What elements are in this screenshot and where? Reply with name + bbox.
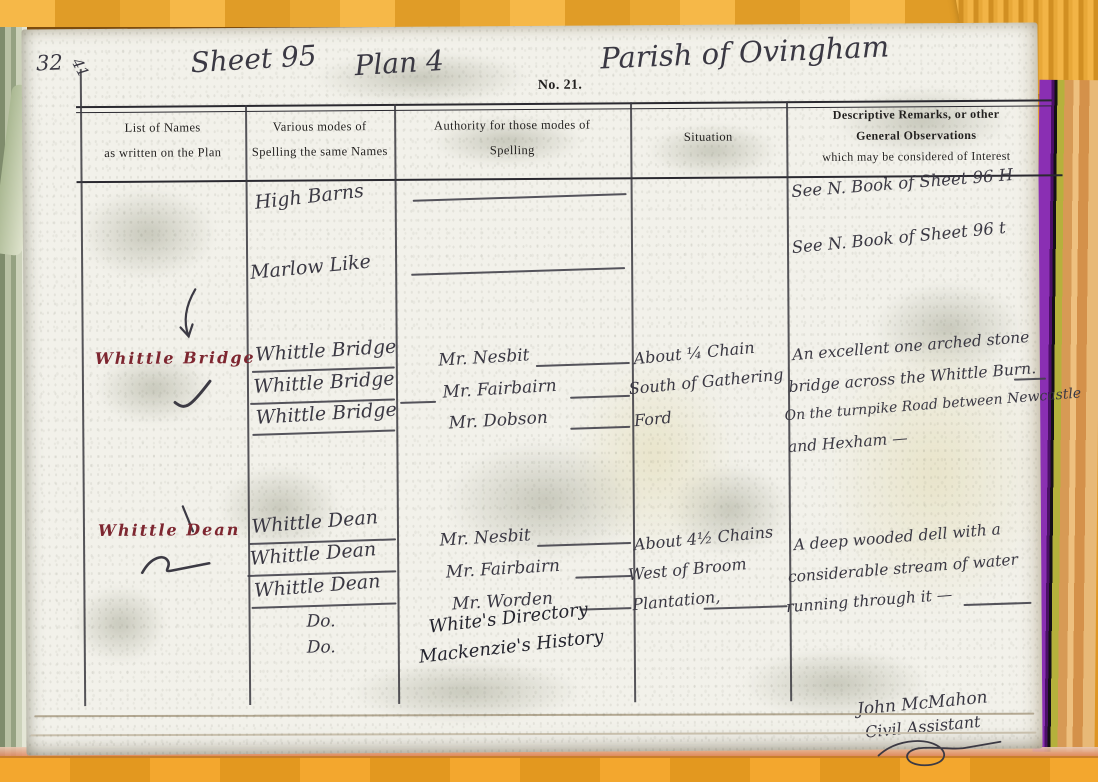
situation-entry: Plantation, bbox=[631, 587, 721, 614]
down-arrow-mark bbox=[171, 286, 205, 340]
spelling-entry: Whittle Bridge bbox=[255, 336, 397, 366]
ditto-entry: Do. bbox=[307, 611, 336, 631]
page-number: 32 bbox=[36, 50, 64, 75]
header-authority-line1: Authority for those modes of bbox=[394, 117, 630, 134]
fox-stain bbox=[55, 568, 186, 679]
blank-authority-stroke bbox=[413, 193, 627, 201]
ditto-stroke bbox=[400, 401, 436, 404]
header-names-line2: as written on the Plan bbox=[80, 145, 245, 161]
plan-name-whittle-dean: Whittle Dean bbox=[98, 520, 240, 540]
header-spelling-line2: Spelling the same Names bbox=[245, 144, 394, 160]
plan-name-whittle-bridge: Whittle Bridge bbox=[95, 348, 256, 368]
photographed-record-book: 32 41 Sheet 95 Plan 4 No. 21. Parish of … bbox=[0, 0, 1098, 782]
underline-stroke bbox=[252, 429, 395, 435]
squiggle-mark bbox=[137, 548, 215, 583]
header-situation: Situation bbox=[630, 129, 786, 145]
header-remarks-line1: Descriptive Remarks, or other bbox=[786, 106, 1046, 123]
authority-entry: Mr. Nesbit bbox=[438, 345, 530, 370]
header-remarks-line3: which may be considered of Interest bbox=[786, 148, 1046, 165]
spelling-entry: Marlow Like bbox=[249, 251, 372, 284]
header-names-line1: List of Names bbox=[80, 120, 245, 136]
header-spelling-line1: Various modes of bbox=[245, 119, 394, 135]
remark-entry: See N. Book of Sheet 96 t bbox=[791, 218, 1007, 257]
table-vline bbox=[245, 105, 251, 705]
authority-entry: Mr. Fairbairn bbox=[442, 376, 557, 403]
fox-stain bbox=[402, 105, 612, 176]
blank-authority-stroke bbox=[411, 267, 625, 275]
underline-stroke bbox=[252, 602, 397, 608]
parish-title: Parish of Ovingham bbox=[600, 29, 890, 75]
spelling-entry: Whittle Bridge bbox=[253, 368, 395, 398]
name-book-page: 32 41 Sheet 95 Plan 4 No. 21. Parish of … bbox=[21, 22, 1042, 755]
remark-entry: See N. Book of Sheet 96 H bbox=[791, 165, 1014, 201]
entry-number-label: No. 21. bbox=[538, 78, 583, 94]
tick-mark bbox=[172, 378, 214, 414]
ditto-entry: Do. bbox=[307, 637, 336, 657]
spelling-entry: High Barns bbox=[254, 180, 365, 214]
situation-entry: Ford bbox=[633, 408, 672, 430]
header-authority-line2: Spelling bbox=[394, 142, 630, 159]
plan-label: Plan 4 bbox=[354, 44, 445, 82]
header-remarks-line2: General Observations bbox=[786, 127, 1046, 144]
signature-flourish bbox=[872, 735, 1006, 772]
